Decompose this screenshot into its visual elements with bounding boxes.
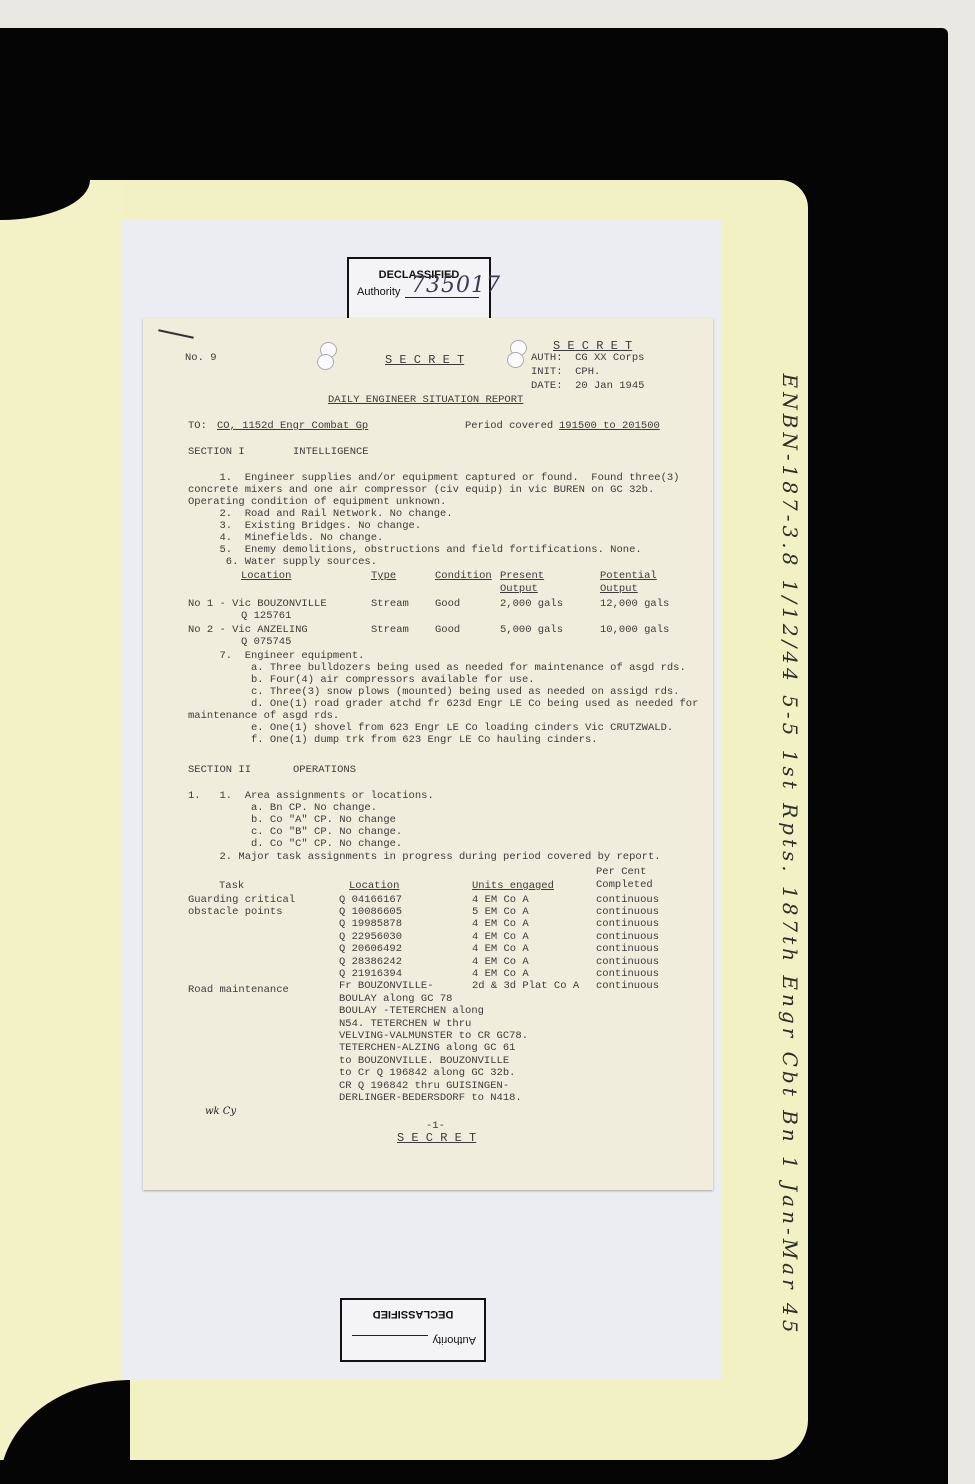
auth-classification: S E C R E T: [553, 340, 632, 353]
water-col-potential: Potential Output: [600, 570, 664, 595]
task-row-location: Q 21916394: [339, 968, 402, 981]
classification-footer: S E C R E T: [397, 1132, 476, 1145]
date-line: DATE: 20 Jan 1945: [531, 380, 644, 393]
road-line: BOULAY -TETERCHEN along: [339, 1005, 484, 1018]
water-col-condition: Condition: [435, 570, 492, 583]
task-row-location: Fr BOUZONVILLE-: [339, 980, 434, 993]
period-value: 191500 to 201500: [559, 420, 660, 433]
task-row-units: 4 EM Co A: [472, 894, 529, 907]
water-row2-potential: 10,000 gals: [600, 624, 669, 637]
equipment-line: maintenance of asgd rds.: [188, 710, 339, 723]
pencil-mark: [158, 329, 194, 338]
task-row-task: Guarding critical: [188, 894, 295, 907]
water-row1-location: No 1 - Vic BOUZONVILLE: [188, 598, 327, 611]
authority-label: Authority: [433, 1334, 476, 1346]
equipment-line: b. Four(4) air compressors available for…: [188, 674, 535, 687]
task-col-pct: Per Cent Completed: [596, 866, 656, 891]
margin-note-text: ENBN-187-3.8 1/12/44 5-5 1st Rpts. 187th…: [778, 374, 802, 1337]
auth-line: AUTH: CG XX Corps: [531, 352, 644, 365]
road-line: VELVING-VALMUNSTER to CR GC78.: [339, 1030, 528, 1043]
section2-line: b. Co "A" CP. No change: [188, 814, 396, 827]
section1-line: 4. Minefields. No change.: [188, 532, 383, 545]
task-row-location: Q 20606492: [339, 943, 402, 956]
init-line: INIT: CPH.: [531, 366, 600, 379]
declassified-stamp-bottom: DECLASSIFIED Authority: [340, 1298, 486, 1362]
punch-hole-left: [317, 342, 339, 370]
task-row-units: 2d & 3d Plat Co A: [472, 980, 579, 993]
section2-line: c. Co "B" CP. No change.: [188, 826, 402, 839]
section1-line: 6. Water supply sources.: [188, 556, 377, 569]
task-row-pct: continuous: [596, 894, 659, 907]
section1-line: 1. Engineer supplies and/or equipment ca…: [188, 472, 679, 485]
road-line: TETERCHEN-ALZING along GC 61: [339, 1042, 515, 1055]
authority-number: 735017: [411, 273, 501, 298]
road-line: to BOUZONVILLE. BOUZONVILLE: [339, 1055, 509, 1068]
equipment-line: a. Three bulldozers being used as needed…: [188, 662, 686, 675]
authority-line: [352, 1335, 428, 1336]
task-row-pct: continuous: [596, 906, 659, 919]
water-row1-coord: Q 125761: [241, 610, 291, 623]
task-row-units: 4 EM Co A: [472, 931, 529, 944]
water-col-type: Type: [371, 570, 396, 583]
water-row1-condition: Good: [435, 598, 460, 611]
task-row-pct: continuous: [596, 968, 659, 981]
water-row2-type: Stream: [371, 624, 409, 637]
section1-title: INTELLIGENCE: [293, 446, 369, 459]
task-row-pct: continuous: [596, 943, 659, 956]
task-row-units: 4 EM Co A: [472, 968, 529, 981]
declassified-stamp-top: DECLASSIFIED Authority 735017: [347, 257, 491, 321]
classification-header: S E C R E T: [385, 354, 464, 367]
water-row1-type: Stream: [371, 598, 409, 611]
task-row-location: Q 04166167: [339, 894, 402, 907]
section1-heading: SECTION I: [188, 446, 245, 459]
task-col-units: Units engaged: [472, 880, 554, 893]
task-row-task: obstacle points: [188, 906, 283, 919]
task-row-units: 5 EM Co A: [472, 906, 529, 919]
section1-line: 3. Existing Bridges. No change.: [188, 520, 421, 533]
to-value: CO, 1152d Engr Combat Gp: [217, 420, 368, 433]
equipment-line: d. One(1) road grader atchd fr 623d Engr…: [188, 698, 698, 711]
equipment-line: c. Three(3) snow plows (mounted) being u…: [188, 686, 679, 699]
road-line: DERLINGER-BEDERSDORF to N418.: [339, 1092, 522, 1105]
section2-heading: SECTION II: [188, 764, 251, 777]
handwritten-initials: wk Cy: [205, 1106, 236, 1119]
section1-line: Operating condition of equipment unknown…: [188, 496, 446, 509]
water-row1-present: 2,000 gals: [500, 598, 563, 611]
folder-margin-note: ENBN-187-3.8 1/12/44 5-5 1st Rpts. 187th…: [770, 250, 810, 1460]
task-row-pct: continuous: [596, 918, 659, 931]
task-row-location: Q 10086605: [339, 906, 402, 919]
section1-line: concrete mixers and one air compressor (…: [188, 484, 654, 497]
water-col-present: Present Output: [500, 570, 560, 595]
task-col-location: Location: [349, 880, 399, 893]
report-title: DAILY ENGINEER SITUATION REPORT: [328, 394, 523, 407]
task-row-pct: continuous: [596, 980, 659, 993]
section2-title: OPERATIONS: [293, 764, 356, 777]
to-label: TO:: [188, 420, 207, 433]
road-line: N54. TETERCHEN W thru: [339, 1018, 471, 1031]
water-row2-condition: Good: [435, 624, 460, 637]
section2-line: 1. 1. Area assignments or locations.: [188, 790, 434, 803]
section1-line: 2. Road and Rail Network. No change.: [188, 508, 453, 521]
task-row-units: 4 EM Co A: [472, 918, 529, 931]
equipment-line: 7. Engineer equipment.: [188, 650, 364, 663]
task-row-location: Q 28386242: [339, 956, 402, 969]
declassified-title: DECLASSIFIED: [342, 1308, 484, 1320]
section2-line: 2. Major task assignments in progress du…: [188, 851, 661, 864]
road-line: to Cr Q 196842 along GC 32b.: [339, 1067, 515, 1080]
water-row1-potential: 12,000 gals: [600, 598, 669, 611]
section1-line: 5. Enemy demolitions, obstructions and f…: [188, 544, 642, 557]
task-row-location: Q 19985878: [339, 918, 402, 931]
water-row2-location: No 2 - Vic ANZELING: [188, 624, 308, 637]
task-col-task: Task: [219, 880, 244, 893]
task-row-location: Q 22956030: [339, 931, 402, 944]
water-row2-coord: Q 075745: [241, 636, 291, 649]
task-row-units: 4 EM Co A: [472, 956, 529, 969]
road-line: CR Q 196842 thru GUISINGEN-: [339, 1080, 509, 1093]
period-label: Period covered: [465, 420, 553, 433]
section2-line: a. Bn CP. No change.: [188, 802, 377, 815]
punch-hole-right: [507, 340, 529, 368]
equipment-line: e. One(1) shovel from 623 Engr LE Co loa…: [188, 722, 673, 735]
report-page: No. 9 S E C R E T S E C R E T AUTH: CG X…: [143, 318, 713, 1190]
authority-label: Authority: [357, 286, 400, 298]
task-row-units: 4 EM Co A: [472, 943, 529, 956]
folder-left-panel: [0, 180, 122, 1460]
equipment-line: f. One(1) dump trk from 623 Engr LE Co h…: [188, 734, 598, 747]
report-number: No. 9: [185, 352, 217, 365]
task-row-pct: continuous: [596, 931, 659, 944]
section2-line: d. Co "C" CP. No change.: [188, 838, 402, 851]
water-row2-present: 5,000 gals: [500, 624, 563, 637]
road-line: BOULAY along GC 78: [339, 993, 452, 1006]
task-row-task: Road maintenance: [188, 984, 289, 997]
water-col-location: Location: [241, 570, 291, 583]
task-row-pct: continuous: [596, 956, 659, 969]
